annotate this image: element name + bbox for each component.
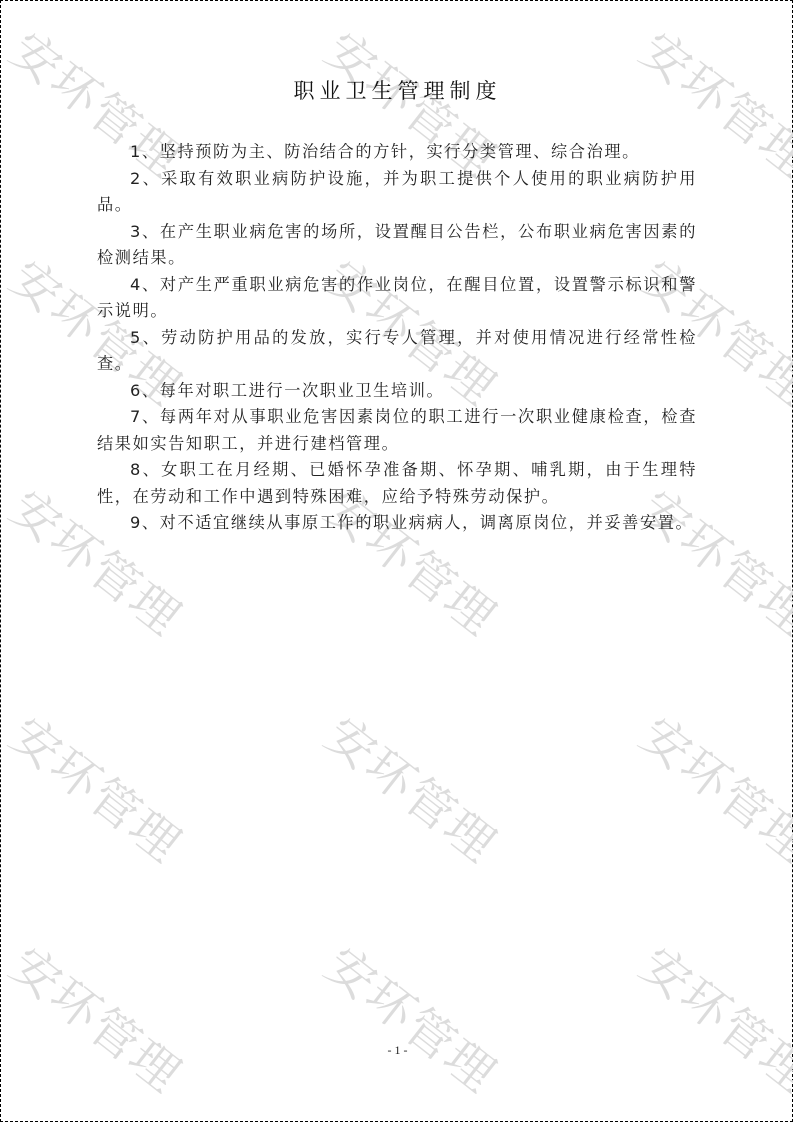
document-title: 职业卫生管理制度 bbox=[1, 75, 793, 105]
watermark-text: 安环管理 bbox=[314, 928, 514, 1106]
rule-paragraph-4: 4、对产生严重职业病危害的作业岗位，在醒目位置，设置警示标识和警示说明。 bbox=[97, 272, 697, 325]
watermark-text: 安环管理 bbox=[629, 698, 793, 876]
document-page: 安环管理 安环管理 安环管理 安环管理 安环管理 安环管理 安环管理 安环管理 … bbox=[0, 0, 793, 1122]
rule-paragraph-1: 1、坚持预防为主、防治结合的方针，实行分类管理、综合治理。 bbox=[97, 139, 697, 166]
rule-paragraph-3: 3、在产生职业病危害的场所，设置醒目公告栏，公布职业病危害因素的检测结果。 bbox=[97, 219, 697, 272]
rule-paragraph-6: 6、每年对职工进行一次职业卫生培训。 bbox=[97, 378, 697, 405]
watermark-text: 安环管理 bbox=[314, 698, 514, 876]
document-body: 1、坚持预防为主、防治结合的方针，实行分类管理、综合治理。 2、采取有效职业病防… bbox=[97, 139, 697, 537]
watermark-text: 安环管理 bbox=[0, 698, 199, 876]
rule-paragraph-2: 2、采取有效职业病防护设施，并为职工提供个人使用的职业病防护用品。 bbox=[97, 166, 697, 219]
watermark-text: 安环管理 bbox=[0, 928, 199, 1106]
rule-paragraph-8: 8、女职工在月经期、已婚怀孕准备期、怀孕期、哺乳期，由于生理特性，在劳动和工作中… bbox=[97, 457, 697, 510]
page-number: - 1 - bbox=[1, 1043, 793, 1058]
rule-paragraph-9: 9、对不适宜继续从事原工作的职业病病人，调离原岗位，并妥善安置。 bbox=[97, 510, 697, 537]
watermark-text: 安环管理 bbox=[629, 928, 793, 1106]
rule-paragraph-5: 5、劳动防护用品的发放，实行专人管理，并对使用情况进行经常性检查。 bbox=[97, 325, 697, 378]
rule-paragraph-7: 7、每两年对从事职业危害因素岗位的职工进行一次职业健康检查，检查结果如实告知职工… bbox=[97, 404, 697, 457]
